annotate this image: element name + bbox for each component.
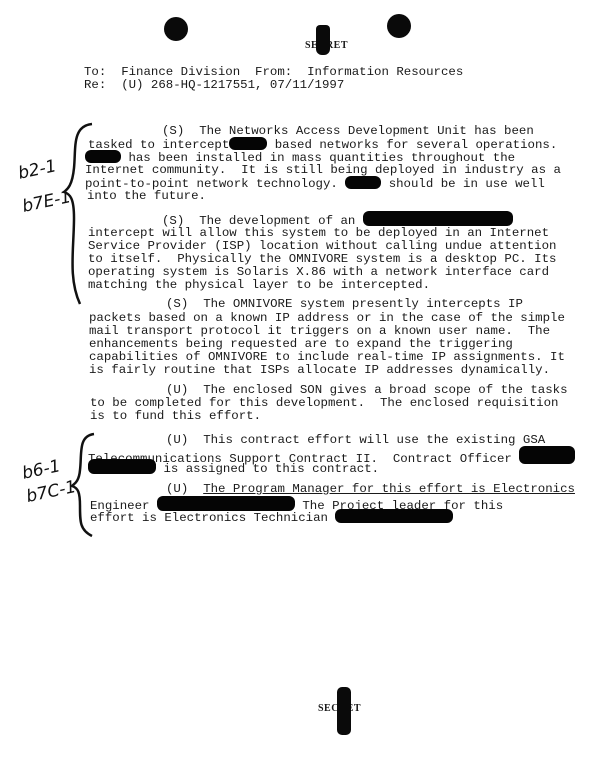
- document-page: SECRET To: Finance Division From: Inform…: [0, 0, 600, 776]
- re-line: Re: (U) 268-HQ-1217551, 07/11/1997: [84, 78, 344, 92]
- to-value: Finance Division: [121, 65, 240, 79]
- para2-line6: matching the physical layer to be interc…: [88, 278, 430, 292]
- para3-line1: (S) The OMNIVORE system presently interc…: [166, 297, 523, 311]
- punch-hole-left: [164, 17, 188, 41]
- to-label: To:: [84, 65, 106, 79]
- para3-line2: packets based on a known IP address or i…: [89, 311, 565, 325]
- punch-hole-right: [387, 14, 411, 38]
- portion-marking: (S): [166, 297, 188, 311]
- para5-line3: is assigned to this contract.: [88, 459, 379, 476]
- para2-line5: operating system is Solaris X.86 with a …: [88, 265, 549, 279]
- para2-line2: intercept will allow this system to be d…: [88, 226, 549, 240]
- portion-marking: (U): [166, 383, 188, 397]
- redaction-block: [519, 446, 575, 464]
- re-value: (U) 268-HQ-1217551, 07/11/1997: [121, 78, 344, 92]
- bracket-annotation-top: [60, 118, 100, 318]
- para6-line1: (U) The Program Manager for this effort …: [166, 482, 575, 496]
- redaction-block: [363, 211, 513, 226]
- para5-line1: (U) This contract effort will use the ex…: [166, 433, 545, 447]
- para3-line4: enhancements being requested are to expa…: [89, 337, 513, 351]
- classification-redaction-mark-top: [316, 25, 330, 55]
- para6-line3: effort is Electronics Technician: [90, 509, 453, 525]
- para3-line5: capabilities of OMNIVORE to include real…: [89, 350, 565, 364]
- para4-line3: is to fund this effort.: [90, 409, 261, 423]
- classification-redaction-mark-bottom: [337, 687, 351, 735]
- from-label: From:: [255, 65, 292, 79]
- para3-line3: mail transport protocol it triggers on a…: [89, 324, 550, 338]
- redaction-block: [345, 176, 381, 189]
- exemption-code: b2-1: [16, 156, 58, 184]
- para2-line3: Service Provider (ISP) location without …: [88, 239, 556, 253]
- para3-line6: is fairly routine that ISPs allocate IP …: [89, 363, 550, 377]
- redaction-block: [229, 137, 267, 150]
- para2-line4: to itself. Physically the OMNIVORE syste…: [88, 252, 556, 266]
- from-value: Information Resources: [307, 65, 463, 79]
- para1-line6: into the future.: [87, 189, 206, 203]
- portion-marking: (S): [162, 124, 184, 138]
- para1-line4: Internet community. It is still being de…: [85, 163, 561, 177]
- para4-line1: (U) The enclosed SON gives a broad scope…: [166, 383, 568, 397]
- to-line: To: Finance Division From: Information R…: [84, 65, 463, 79]
- portion-marking: (U): [166, 482, 188, 496]
- para4-line2: to be completed for this development. Th…: [90, 396, 558, 410]
- re-label: Re:: [84, 78, 106, 92]
- redaction-block: [335, 509, 453, 523]
- portion-marking: (U): [166, 433, 188, 447]
- para1-line1: (S) The Networks Access Development Unit…: [162, 124, 534, 138]
